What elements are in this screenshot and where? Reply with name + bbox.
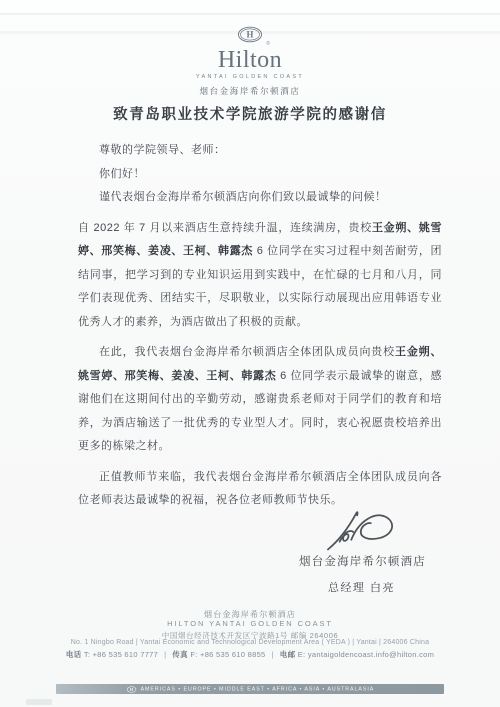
brand-subtitle: YANTAI GOLDEN COAST xyxy=(0,74,500,80)
opening-line: 谨代表烟台金海岸希尔顿酒店向你们致以最诚挚的问候！ xyxy=(78,186,442,210)
svg-text:H: H xyxy=(130,687,134,692)
paragraph-thanks: 在此，我代表烟台金海岸希尔顿酒店全体团队成员向贵校王金朔、姚雪婷、邢笑梅、姜凌、… xyxy=(78,341,442,459)
footer-hotel-en: HILTON YANTAI GOLDEN COAST xyxy=(0,619,500,628)
signature-organization: 烟台金海岸希尔顿酒店 xyxy=(299,553,426,569)
letter-body: 尊敬的学院领导、老师： 你们好！ 谨代表烟台金海岸希尔顿酒店向你们致以最诚挚的问… xyxy=(78,139,442,513)
fax-label: 传真 xyxy=(172,650,188,659)
signature-role-name: 总经理 白亮 xyxy=(328,579,395,595)
paragraph-internship-pre: 自 2022 年 7 月以来酒店生意持续升温，连续满房，贵校 xyxy=(78,222,372,234)
separator-2: | xyxy=(272,650,274,659)
separator: | xyxy=(164,650,166,659)
handwritten-signature xyxy=(324,506,402,559)
fax-number: F: +86 535 610 8855 xyxy=(190,650,265,659)
brand-wordmark: Hilton xyxy=(0,49,500,71)
scan-artifact-smudge xyxy=(26,699,52,705)
email-address: E: yantaigoldencoast.info@hilton.com xyxy=(298,650,434,659)
footer-contact-line: 电话 T: +86 535 610 7777|传真 F: +86 535 610… xyxy=(0,649,500,660)
paragraph-thanks-pre: 在此，我代表烟台金海岸希尔顿酒店全体团队成员向贵校 xyxy=(99,346,395,358)
hotel-name-cn: 烟台金海岸希尔顿酒店 xyxy=(0,85,500,97)
letter-title: 致青岛职业技术学院旅游学院的感谢信 xyxy=(0,103,500,124)
paragraph-internship: 自 2022 年 7 月以来酒店生意持续升温，连续满房，贵校王金朔、姚雪婷、邢笑… xyxy=(78,217,442,335)
salutation: 尊敬的学院领导、老师： xyxy=(78,139,442,163)
scanned-letter-page: H ® Hilton YANTAI GOLDEN COAST 烟台金海岸希尔顿酒… xyxy=(0,0,500,707)
phone-number: T: +86 535 610 7777 xyxy=(84,650,158,659)
scan-artifact-top xyxy=(0,0,500,12)
regions-bar: H AMERICAS • EUROPE • MIDDLE EAST • AFRI… xyxy=(56,684,444,694)
scan-artifact-line xyxy=(0,13,500,15)
phone-label: 电话 xyxy=(66,650,82,659)
paragraph-internship-post: 6 位同学在实习过程中刻苦耐劳，团结同事，把学习到的专业知识运用到实践中，在忙碌… xyxy=(78,245,442,328)
regions-text: AMERICAS • EUROPE • MIDDLE EAST • AFRICA… xyxy=(140,686,374,691)
letterhead: H ® Hilton YANTAI GOLDEN COAST 烟台金海岸希尔顿酒… xyxy=(0,26,500,97)
email-label: 电邮 xyxy=(280,650,296,659)
hilton-oval-logo-small-icon: H xyxy=(126,686,137,693)
greeting: 你们好！ xyxy=(78,163,442,187)
footer-address-en: No. 1 Ningbo Road | Yantai Economic and … xyxy=(0,639,500,646)
svg-text:H: H xyxy=(247,30,254,40)
hilton-oval-logo-icon: H ® xyxy=(237,26,263,43)
